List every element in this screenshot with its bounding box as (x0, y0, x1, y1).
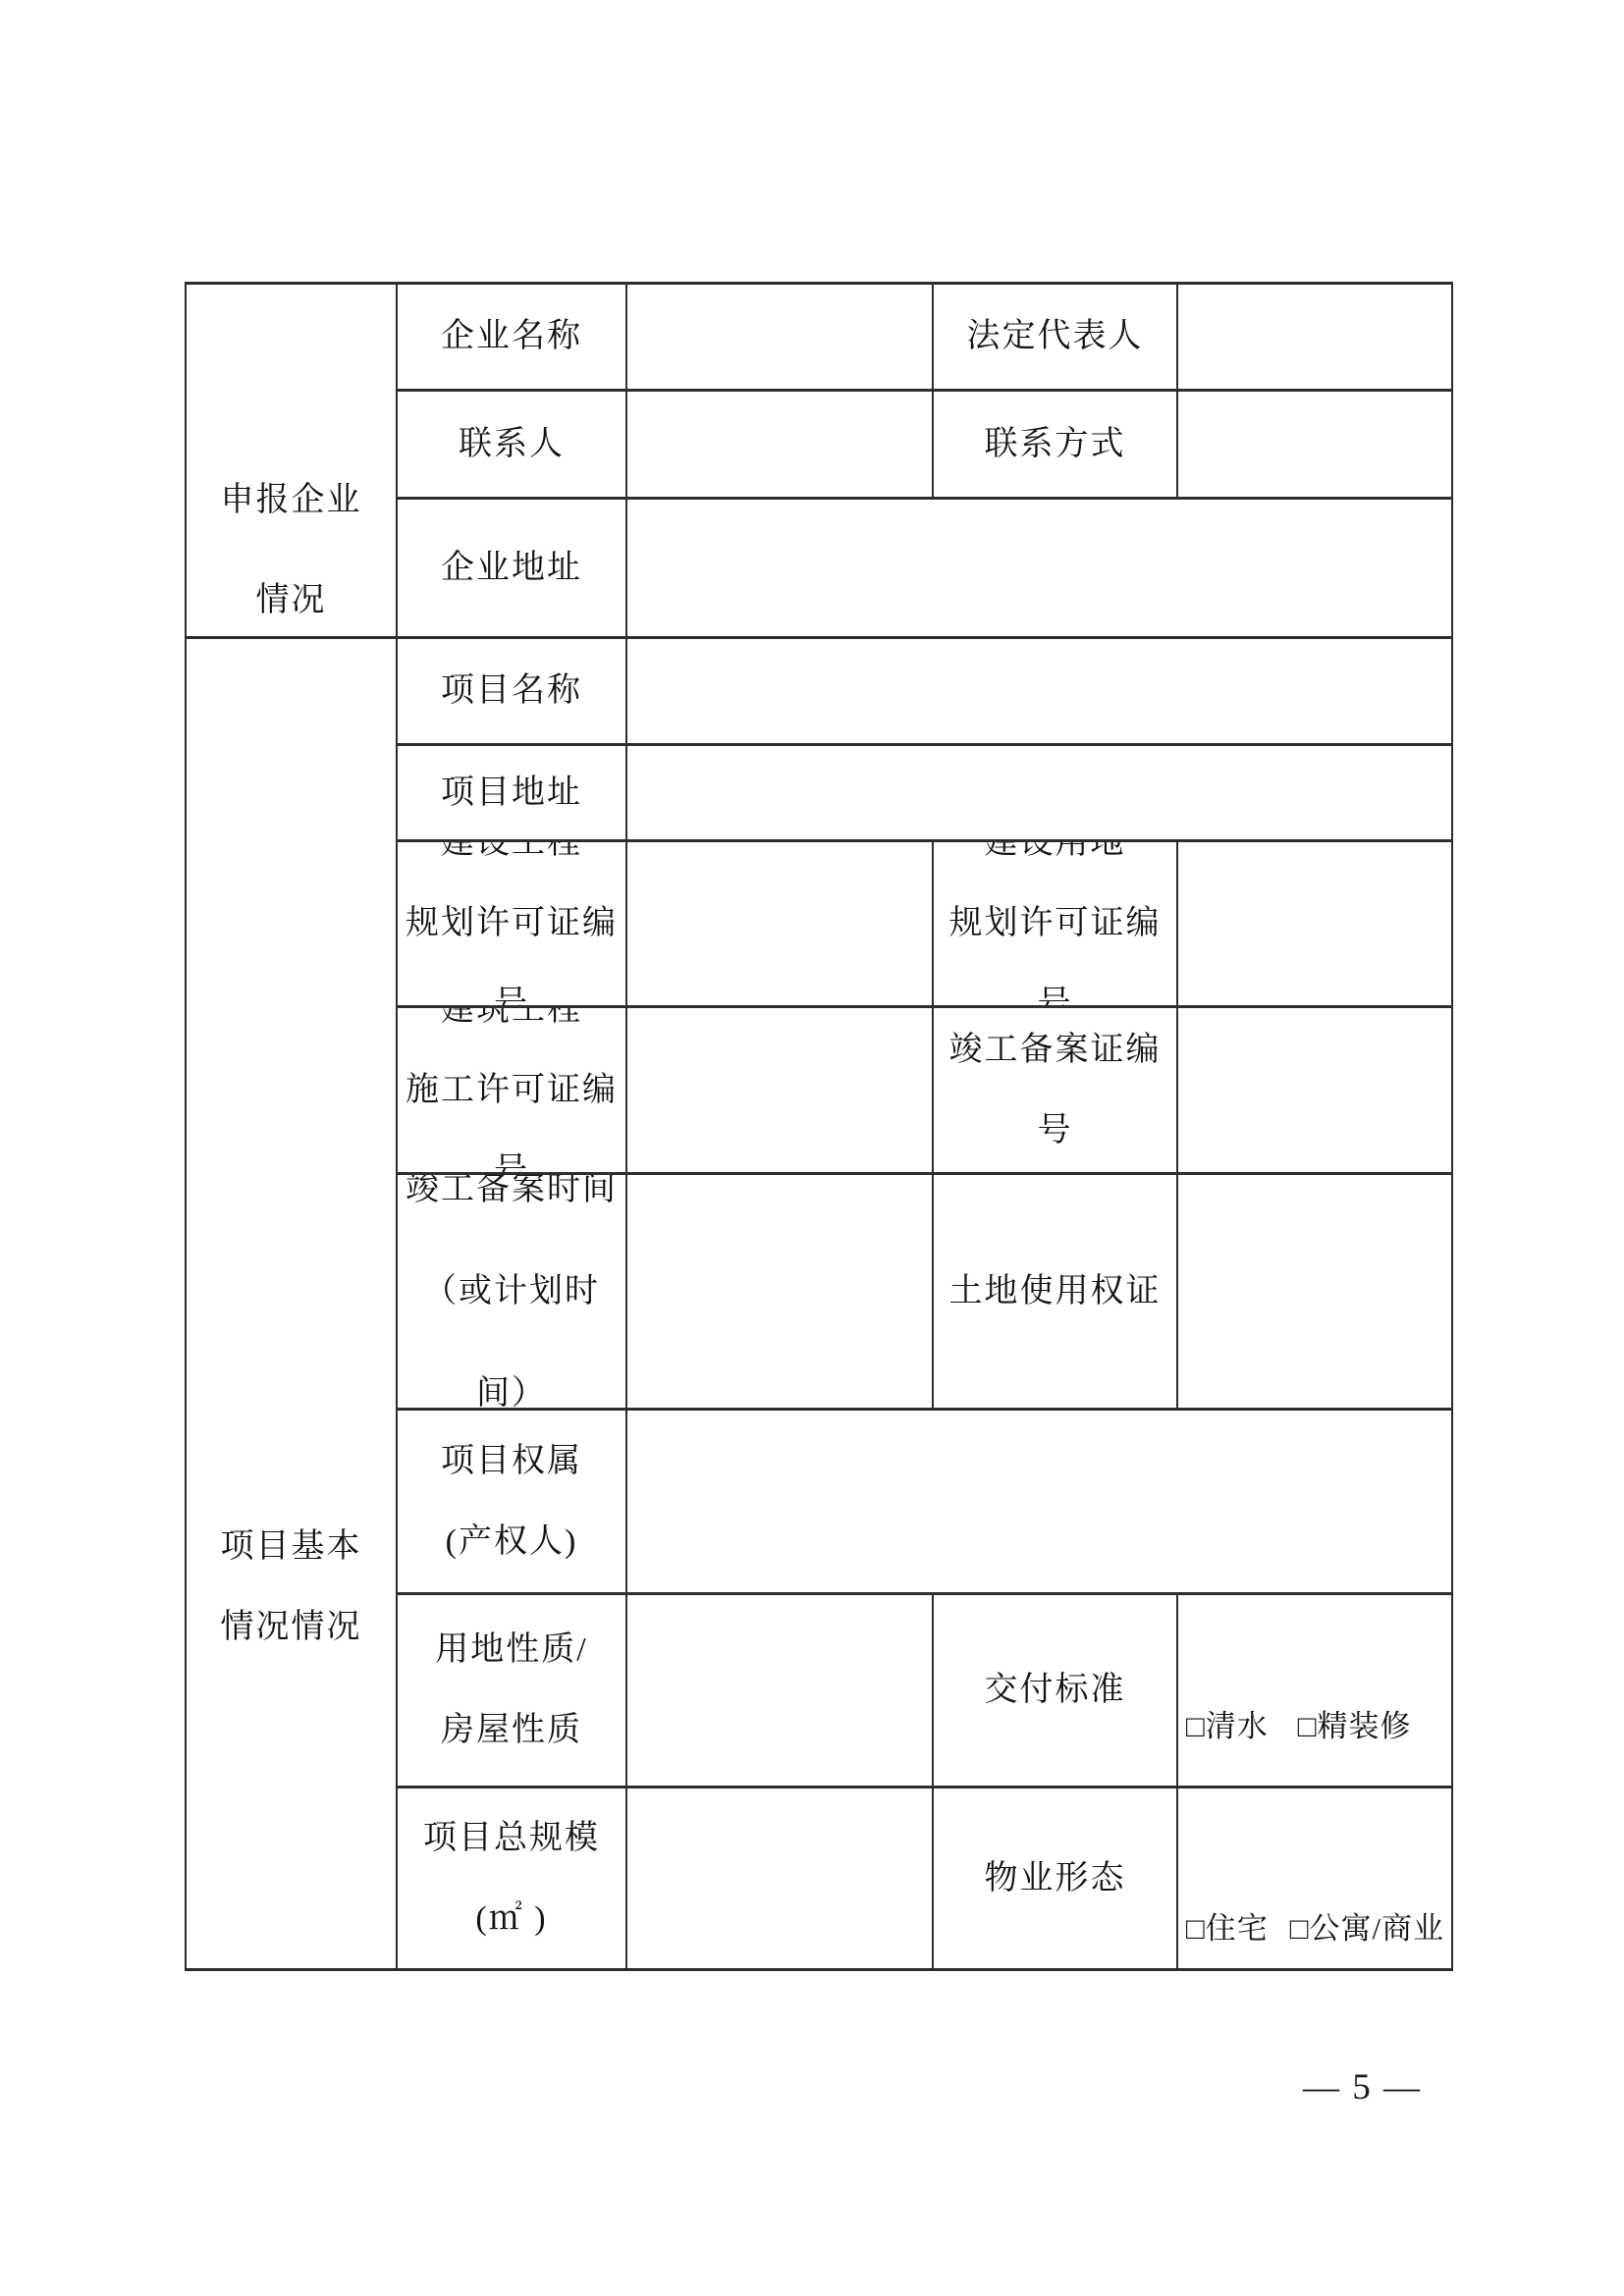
options-property-form: □住宅 □公寓/商业 (1178, 1789, 1451, 1968)
label-text: 交付标准 (985, 1650, 1126, 1731)
value-land-use-right-cert (1178, 1175, 1451, 1411)
label-text: 物业形态 (985, 1839, 1126, 1919)
label-line: 项目总规模 (423, 1798, 600, 1879)
label-project-address: 项目地址 (398, 746, 627, 842)
label-text: 企业名称 (441, 296, 582, 377)
label-contact-method: 联系方式 (934, 392, 1178, 500)
value-contact-method (1178, 392, 1451, 500)
label-line: （或计划时间） (398, 1241, 625, 1412)
value-building-construction-permit-no (627, 1008, 934, 1175)
value-enterprise-address (627, 500, 1451, 639)
label-line: (㎡ ) (475, 1879, 547, 1959)
section-label-line: 情况情况 (221, 1587, 362, 1668)
value-completion-filing-cert-no (1178, 1008, 1451, 1175)
section-label-applicant-enterprise: 申报企业 情况 (187, 285, 398, 639)
label-text: 企业地址 (441, 528, 582, 609)
value-project-address (627, 746, 1451, 842)
label-completion-filing-cert-no: 竣工备案证编号 (934, 1008, 1178, 1175)
section-label-line: 申报企业 (221, 451, 362, 551)
page-number: — 5 — (1272, 2066, 1453, 2109)
value-project-name (627, 639, 1451, 746)
application-form-table: 申报企业 情况 项目基本 情况情况 企业名称 法定代表人 联系人 联系方式 企业… (185, 282, 1453, 1971)
label-line: 规划许可证编号 (934, 883, 1176, 1008)
label-legal-representative: 法定代表人 (934, 285, 1178, 392)
section-label-line: 情况 (256, 551, 327, 639)
value-construction-project-planning-permit-no (627, 842, 934, 1008)
section-label-project-basic-info: 项目基本 情况情况 (187, 639, 398, 1968)
label-line: 项目权属 (441, 1421, 582, 1502)
label-construction-project-planning-permit-no: 建设工程 规划许可证编号 (398, 842, 627, 1008)
value-project-ownership (627, 1411, 1451, 1595)
checkbox-option-fine-decoration: □精装修 (1298, 1709, 1412, 1744)
label-line: 建设用地 (985, 842, 1126, 883)
label-project-total-scale: 项目总规模 (㎡ ) (398, 1789, 627, 1968)
label-contact-person: 联系人 (398, 392, 627, 500)
label-line: 用地性质/ (435, 1610, 587, 1690)
label-land-use-right-cert: 土地使用权证 (934, 1175, 1178, 1411)
label-line: (产权人) (446, 1502, 578, 1582)
label-completion-filing-time: 竣工备案时间 （或计划时间） (398, 1175, 627, 1411)
label-property-form: 物业形态 (934, 1789, 1178, 1968)
value-construction-land-planning-permit-no (1178, 842, 1451, 1008)
checkbox-option-residential: □住宅 (1186, 1911, 1269, 1947)
section-label-line: 项目基本 (221, 1507, 362, 1587)
value-completion-filing-time (627, 1175, 934, 1411)
label-text: 项目名称 (441, 651, 582, 731)
checkbox-option-apartment-commercial: □公寓/商业 (1290, 1911, 1444, 1947)
label-line: 竣工备案时间 (406, 1175, 618, 1241)
label-text: 联系方式 (985, 404, 1126, 485)
value-contact-person (627, 392, 934, 500)
label-text: 项目地址 (441, 753, 582, 833)
label-text: 土地使用权证 (949, 1252, 1162, 1332)
label-project-ownership: 项目权属 (产权人) (398, 1411, 627, 1595)
label-line: 施工许可证编号 (398, 1050, 625, 1176)
value-land-use-nature (627, 1595, 934, 1789)
checkbox-option-rough-finish: □清水 (1186, 1709, 1269, 1744)
label-land-use-nature: 用地性质/ 房屋性质 (398, 1595, 627, 1789)
value-legal-representative (1178, 285, 1451, 392)
label-enterprise-address: 企业地址 (398, 500, 627, 639)
options-delivery-standard: □清水 □精装修 (1178, 1595, 1451, 1789)
label-line: 规划许可证编号 (398, 883, 625, 1008)
label-line: 建设工程 (441, 842, 582, 883)
label-delivery-standard: 交付标准 (934, 1595, 1178, 1789)
label-enterprise-name: 企业名称 (398, 285, 627, 392)
label-text: 竣工备案证编号 (934, 1010, 1176, 1171)
label-project-name: 项目名称 (398, 639, 627, 746)
value-project-total-scale (627, 1789, 934, 1968)
label-building-construction-permit-no: 建筑工程 施工许可证编号 (398, 1008, 627, 1175)
value-enterprise-name (627, 285, 934, 392)
label-text: 联系人 (459, 404, 565, 485)
label-construction-land-planning-permit-no: 建设用地 规划许可证编号 (934, 842, 1178, 1008)
label-line: 房屋性质 (441, 1690, 582, 1771)
label-text: 法定代表人 (967, 296, 1144, 377)
label-line: 建筑工程 (441, 1008, 582, 1050)
